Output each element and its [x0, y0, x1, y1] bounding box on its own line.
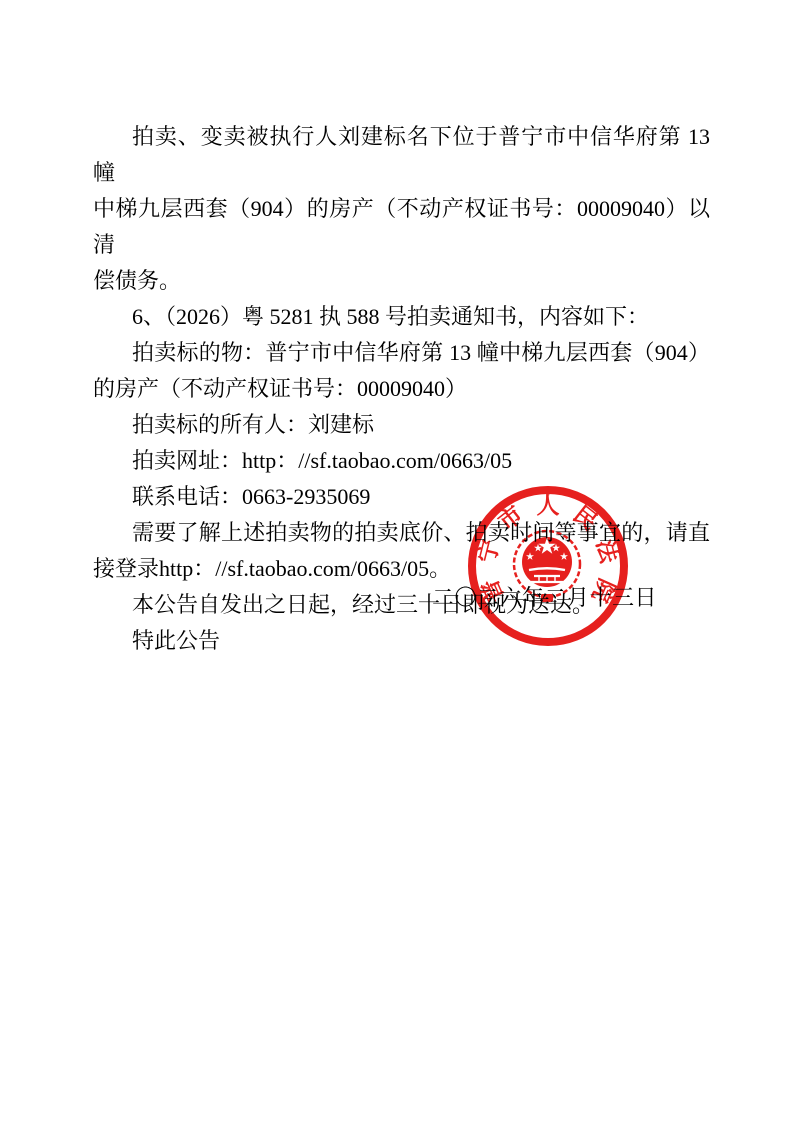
notice-line: 偿债务。 — [93, 263, 710, 299]
notice-line: 特此公告 — [93, 623, 710, 659]
notice-line: 拍卖、变卖被执行人刘建标名下位于普宁市中信华府第 13 幢 — [93, 119, 710, 191]
notice-body: 拍卖、变卖被执行人刘建标名下位于普宁市中信华府第 13 幢 中梯九层西套（904… — [93, 119, 710, 659]
notice-line: 6、（2026）粤 5281 执 588 号拍卖通知书，内容如下： — [93, 299, 710, 335]
document-page: 拍卖、变卖被执行人刘建标名下位于普宁市中信华府第 13 幢 中梯九层西套（904… — [0, 0, 793, 1122]
notice-line: 的房产（不动产权证书号：00009040） — [93, 371, 710, 407]
notice-line: 拍卖网址：http：//sf.taobao.com/0663/05 — [93, 443, 710, 479]
notice-line: 中梯九层西套（904）的房产（不动产权证书号：00009040）以清 — [93, 191, 710, 263]
notice-line: 拍卖标的物：普宁市中信华府第 13 幢中梯九层西套（904） — [93, 335, 710, 371]
notice-date: 二〇二六年二月十三日 — [93, 580, 710, 616]
notice-line: 需要了解上述拍卖物的拍卖底价、拍卖时间等事宜的，请直 — [93, 515, 710, 551]
notice-line: 拍卖标的所有人：刘建标 — [93, 407, 710, 443]
notice-line: 联系电话：0663-2935069 — [93, 479, 710, 515]
